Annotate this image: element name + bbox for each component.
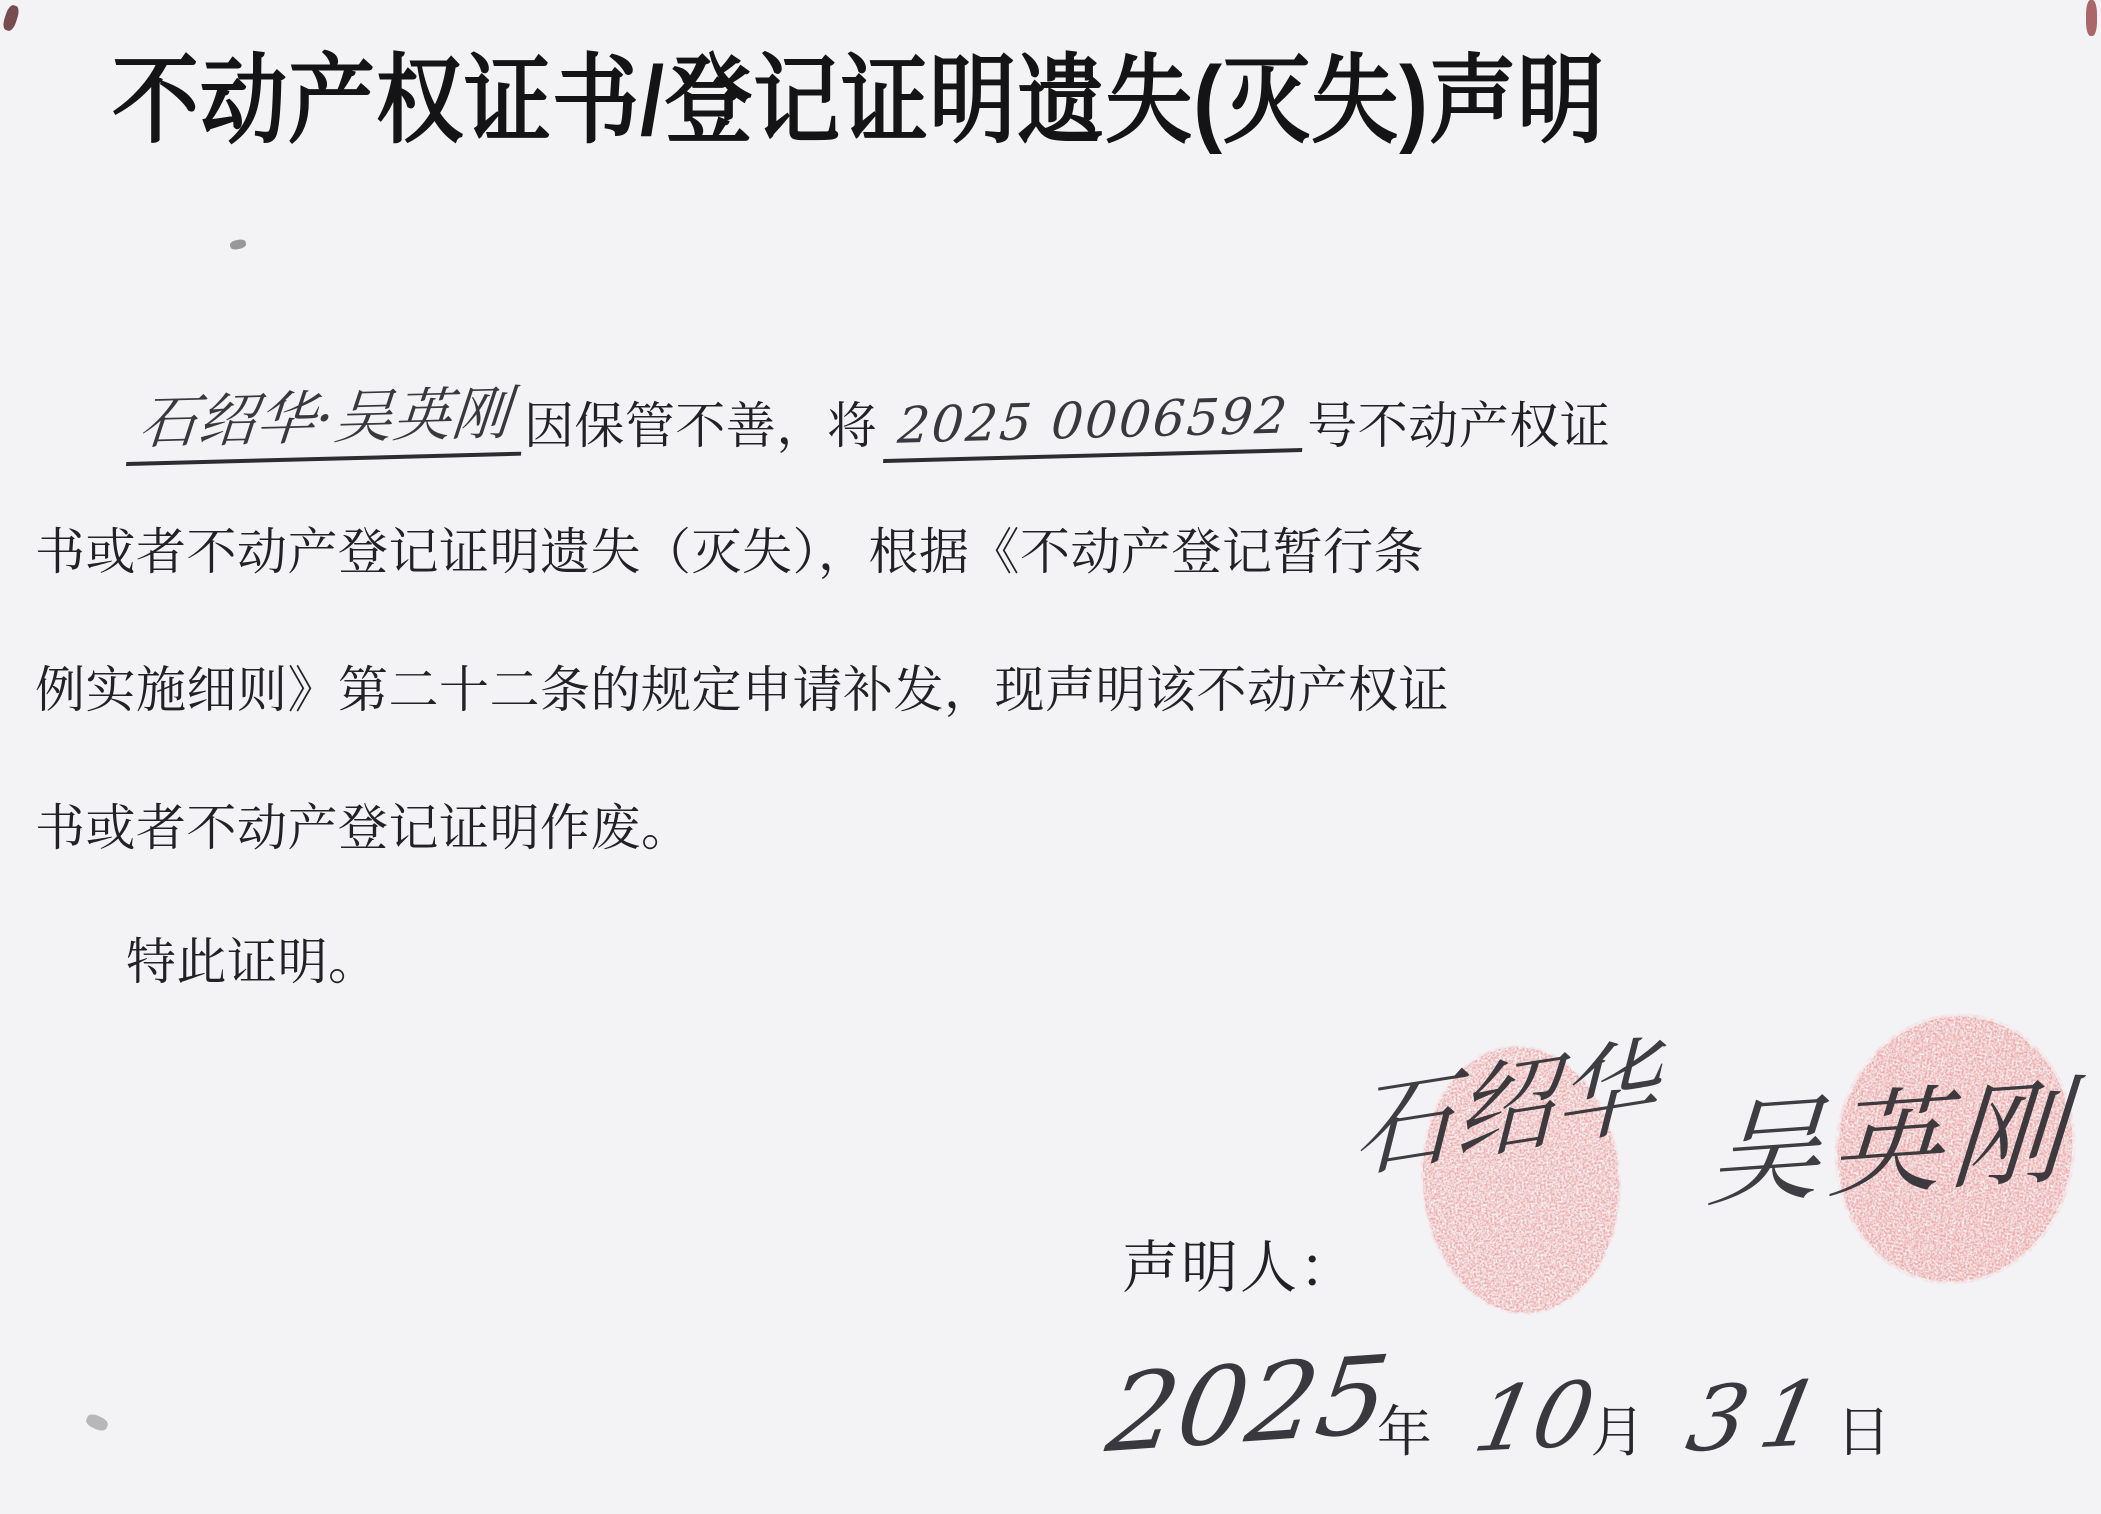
handwritten-month: 10	[1466, 1362, 1603, 1473]
scan-artifact-bottom-left	[84, 1412, 109, 1433]
scan-artifact-top-left	[1, 4, 20, 32]
handwritten-declarant-names: 石绍华·吴英刚	[126, 366, 528, 466]
handwritten-signature-2: 吴英刚	[1703, 1039, 2080, 1230]
body-line-3: 例实施细则》第二十二条的规定申请补发，现声明该不动产权证	[35, 650, 1449, 722]
body-line-2: 书或者不动产登记证明遗失（灭失），根据《不动产登记暂行条	[35, 512, 1424, 584]
document-title: 不动产权证书/登记证明遗失(灭失)声明	[112, 22, 1612, 162]
scan-artifact-stray-mark	[229, 238, 247, 250]
scanned-declaration-document: 不动产权证书/登记证明遗失(灭失)声明 石绍华·吴英刚 因保管不善，将 2025…	[0, 0, 2101, 1514]
scan-artifact-top-right	[2086, 0, 2097, 36]
body-line-1-post-text: 号不动产权证	[1307, 386, 1610, 458]
declarant-label: 声明人：	[1122, 1222, 1358, 1304]
date-line: 2025 年 10 月 31 日	[1100, 1352, 1891, 1477]
handwritten-certificate-number: 2025 0006592	[883, 386, 1307, 463]
month-label: 月	[1590, 1388, 1645, 1467]
body-line-4: 书或者不动产登记证明作废。	[35, 788, 692, 860]
day-label: 日	[1836, 1388, 1891, 1467]
closing-statement: 特此证明。	[126, 922, 379, 994]
handwritten-year: 2025	[1100, 1333, 1396, 1477]
body-line-1: 石绍华·吴英刚 因保管不善，将 2025 0006592 号不动产权证	[126, 376, 1610, 466]
handwritten-day: 31	[1679, 1361, 1844, 1473]
body-line-1-pre-text: 因保管不善，将	[524, 386, 878, 458]
